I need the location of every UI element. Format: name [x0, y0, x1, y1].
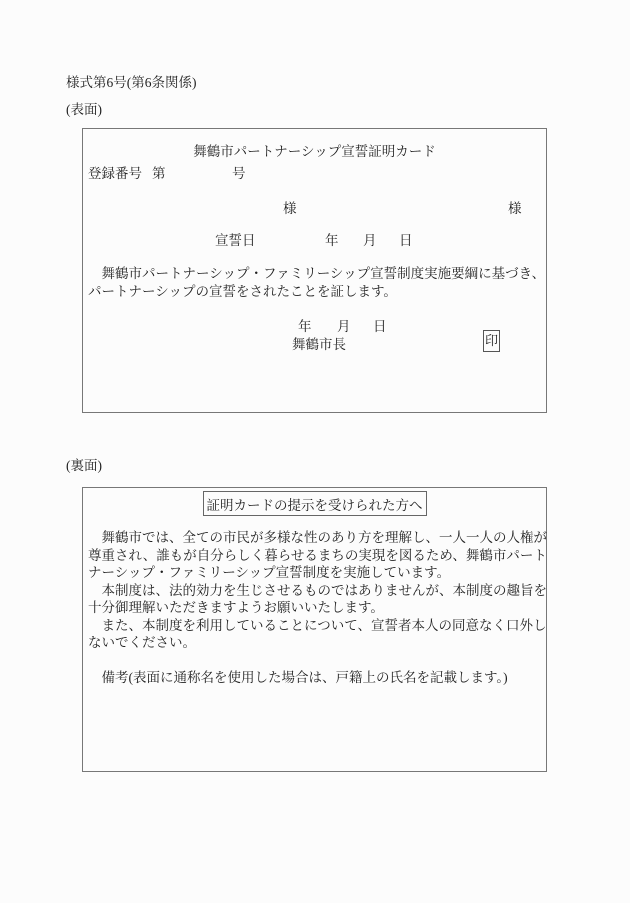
- back-text-line-note: 備考(表面に通称名を使用した場合は、戸籍上の氏名を記載します。): [88, 669, 544, 687]
- back-text-line: ナーシップ・ファミリーシップ宣誓制度を実施しています。: [88, 564, 544, 582]
- oath-date-label: 宣誓日: [215, 229, 256, 249]
- issue-date-day: 日: [373, 315, 387, 335]
- oath-date-year: 年: [325, 229, 339, 249]
- back-card-text: 舞鶴市では、全ての市民が多様な性のあり方を理解し、一人一人の人権が 尊重され、誰…: [88, 529, 544, 687]
- back-text-line: 本制度は、法的効力を生じさせるものではありませんが、本制度の趣旨を: [88, 582, 544, 600]
- registration-number-suffix: 号: [232, 162, 246, 182]
- honorific-left: 様: [283, 197, 297, 217]
- document-page: 様式第6号(第6条関係) (表面) 舞鶴市パートナーシップ宣誓証明カード 登録番…: [0, 0, 630, 903]
- issue-date-year: 年: [298, 315, 312, 335]
- registration-label: 登録番号: [88, 162, 142, 182]
- seal-box: 印: [483, 330, 500, 352]
- registration-number-prefix: 第: [152, 162, 166, 182]
- back-text-line: 十分御理解いただきますようお願いいたします。: [88, 599, 544, 617]
- back-card-title-row: 証明カードの提示を受けられた方へ: [83, 491, 546, 516]
- back-text-line: ないでください。: [88, 634, 544, 652]
- honorific-right: 様: [508, 197, 522, 217]
- certification-statement-line2: パートナーシップの宣誓をされたことを証します。: [88, 280, 397, 300]
- issue-date-month: 月: [337, 315, 351, 335]
- back-text-line: 尊重され、誰もが自分らしく暮らせるまちの実現を図るため、舞鶴市パート: [88, 547, 544, 565]
- front-side-label: (表面): [66, 98, 102, 118]
- back-text-line-blank: [88, 652, 544, 670]
- oath-date-day: 日: [399, 229, 413, 249]
- back-card: 証明カードの提示を受けられた方へ 舞鶴市では、全ての市民が多様な性のあり方を理解…: [82, 487, 547, 772]
- back-side-label: (裏面): [66, 454, 102, 474]
- back-text-line: 舞鶴市では、全ての市民が多様な性のあり方を理解し、一人一人の人権が: [88, 529, 544, 547]
- front-card-title: 舞鶴市パートナーシップ宣誓証明カード: [83, 140, 546, 160]
- front-card: 舞鶴市パートナーシップ宣誓証明カード 登録番号 第 号 様 様 宣誓日 年 月 …: [82, 128, 547, 413]
- certification-statement-line1: 舞鶴市パートナーシップ・ファミリーシップ宣誓制度実施要綱に基づき、: [88, 262, 545, 282]
- oath-date-month: 月: [363, 229, 377, 249]
- mayor-label: 舞鶴市長: [292, 333, 346, 353]
- form-number: 様式第6号(第6条関係): [66, 71, 197, 91]
- back-text-line: また、本制度を利用していることについて、宣誓者本人の同意なく口外し: [88, 617, 544, 635]
- back-card-title: 証明カードの提示を受けられた方へ: [203, 491, 427, 516]
